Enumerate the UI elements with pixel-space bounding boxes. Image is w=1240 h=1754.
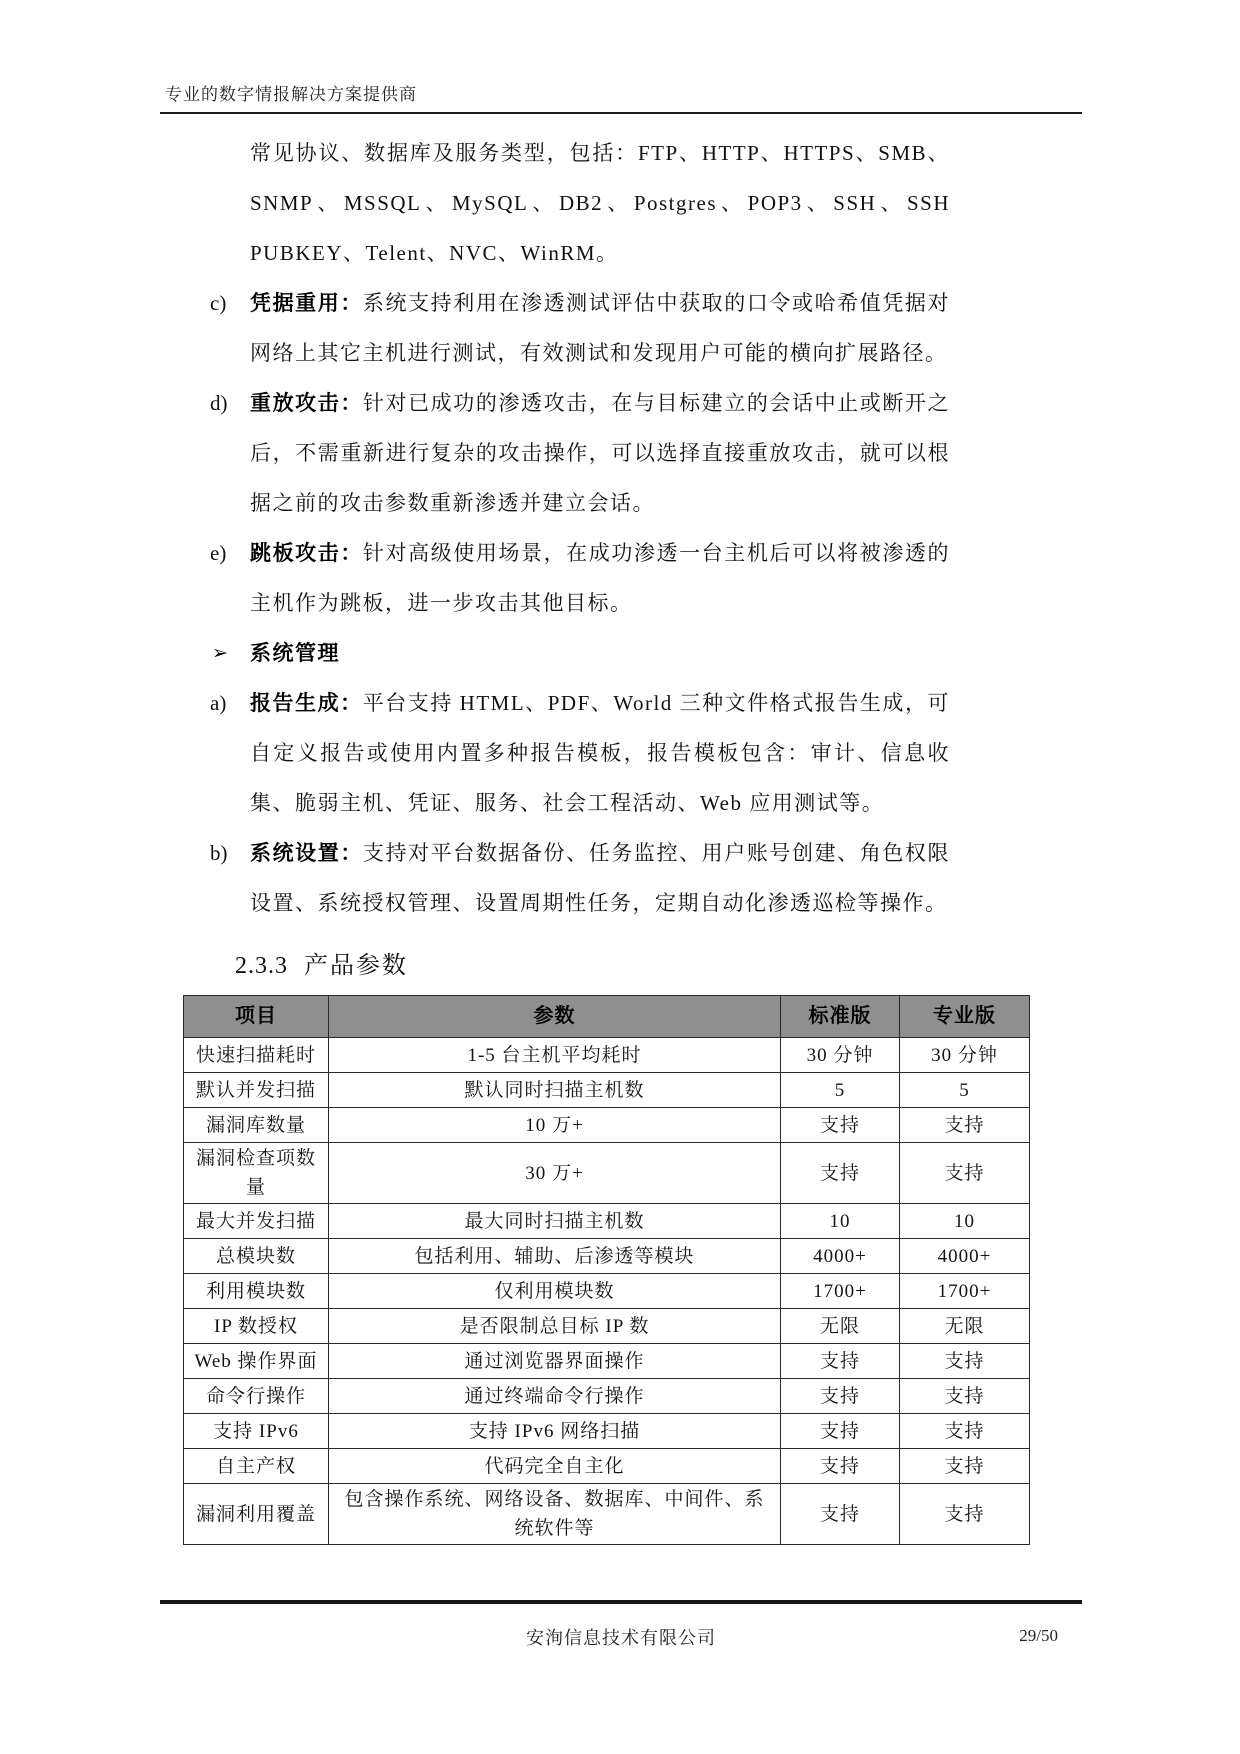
table-cell: 最大并发扫描 — [184, 1204, 329, 1239]
table-cell: 漏洞利用覆盖 — [184, 1484, 329, 1545]
arrow-bullet-icon: ➢ — [212, 629, 229, 679]
table-cell: 默认同时扫描主机数 — [329, 1073, 781, 1108]
table-cell: 快速扫描耗时 — [184, 1038, 329, 1073]
table-row: 漏洞利用覆盖包含操作系统、网络设备、数据库、中间件、系统软件等支持支持 — [184, 1484, 1030, 1545]
table-row: 漏洞检查项数量30 万+支持支持 — [184, 1143, 1030, 1204]
table-cell: 支持 — [781, 1143, 900, 1204]
table-cell: 利用模块数 — [184, 1274, 329, 1309]
column-header-item: 项目 — [184, 996, 329, 1038]
table-cell: 1700+ — [900, 1274, 1030, 1309]
table-cell: 最大同时扫描主机数 — [329, 1204, 781, 1239]
section-title: 产品参数 — [304, 953, 408, 979]
footer-company-name: 安洵信息技术有限公司 — [160, 1624, 1082, 1650]
table-cell: 通过终端命令行操作 — [329, 1379, 781, 1414]
table-cell: 仅利用模块数 — [329, 1274, 781, 1309]
product-parameters-table: 项目 参数 标准版 专业版 快速扫描耗时1-5 台主机平均耗时30 分钟30 分… — [183, 995, 1030, 1545]
table-cell: 支持 — [900, 1449, 1030, 1484]
document-page: 专业的数字情报解决方案提供商 常见协议、数据库及服务类型，包括：FTP、HTTP… — [0, 0, 1240, 1754]
table-cell: 支持 — [781, 1108, 900, 1143]
table-cell: 5 — [781, 1073, 900, 1108]
table-row: 命令行操作通过终端命令行操作支持支持 — [184, 1379, 1030, 1414]
list-item-term: 报告生成： — [250, 691, 363, 715]
continuation-paragraph: 常见协议、数据库及服务类型，包括：FTP、HTTP、HTTPS、SMB、SNMP… — [250, 128, 950, 278]
table-cell: 自主产权 — [184, 1449, 329, 1484]
table-row: 默认并发扫描默认同时扫描主机数55 — [184, 1073, 1030, 1108]
table-cell: 支持 — [900, 1143, 1030, 1204]
table-row: 总模块数包括利用、辅助、后渗透等模块4000+4000+ — [184, 1239, 1030, 1274]
section-number: 2.3.3 — [235, 953, 288, 979]
table-cell: 默认并发扫描 — [184, 1073, 329, 1108]
table-cell: 1700+ — [781, 1274, 900, 1309]
table-row: 快速扫描耗时1-5 台主机平均耗时30 分钟30 分钟 — [184, 1038, 1030, 1073]
table-cell: 支持 — [900, 1484, 1030, 1545]
table-row: 利用模块数仅利用模块数1700+1700+ — [184, 1274, 1030, 1309]
bullet-heading-system-management: ➢系统管理 — [250, 628, 950, 678]
table-cell: 支持 — [900, 1108, 1030, 1143]
list-item-label: d) — [210, 378, 228, 428]
table-cell: 30 分钟 — [781, 1038, 900, 1073]
list-item-term: 凭据重用： — [250, 291, 363, 315]
table-cell: 30 万+ — [329, 1143, 781, 1204]
table-row: 漏洞库数量10 万+支持支持 — [184, 1108, 1030, 1143]
list-item-c: c)凭据重用：系统支持利用在渗透测试评估中获取的口令或哈希值凭据对网络上其它主机… — [250, 278, 950, 378]
table-cell: 支持 — [900, 1414, 1030, 1449]
table-cell: 命令行操作 — [184, 1379, 329, 1414]
table-cell: 支持 IPv6 网络扫描 — [329, 1414, 781, 1449]
body-text: 常见协议、数据库及服务类型，包括：FTP、HTTP、HTTPS、SMB、SNMP… — [250, 128, 950, 928]
table-cell: 支持 — [781, 1344, 900, 1379]
footer-page-number: 29/50 — [1019, 1626, 1058, 1646]
table-row: 最大并发扫描最大同时扫描主机数1010 — [184, 1204, 1030, 1239]
table-cell: Web 操作界面 — [184, 1344, 329, 1379]
table-cell: 支持 — [781, 1414, 900, 1449]
table-cell: 4000+ — [900, 1239, 1030, 1274]
list-item-e: e)跳板攻击：针对高级使用场景，在成功渗透一台主机后可以将被渗透的主机作为跳板，… — [250, 528, 950, 628]
footer-rule — [160, 1600, 1082, 1604]
table-cell: 支持 IPv6 — [184, 1414, 329, 1449]
table-cell: 支持 — [900, 1379, 1030, 1414]
table-row: 支持 IPv6支持 IPv6 网络扫描支持支持 — [184, 1414, 1030, 1449]
list-item-b: b)系统设置：支持对平台数据备份、任务监控、用户账号创建、角色权限设置、系统授权… — [250, 828, 950, 928]
bullet-heading-label: 系统管理 — [250, 641, 340, 665]
list-item-a: a)报告生成：平台支持 HTML、PDF、World 三种文件格式报告生成，可自… — [250, 678, 950, 828]
table-cell: 包括利用、辅助、后渗透等模块 — [329, 1239, 781, 1274]
table-body: 快速扫描耗时1-5 台主机平均耗时30 分钟30 分钟默认并发扫描默认同时扫描主… — [184, 1038, 1030, 1545]
list-item-term: 系统设置： — [250, 841, 363, 865]
table-cell: 通过浏览器界面操作 — [329, 1344, 781, 1379]
list-item-label: c) — [210, 278, 226, 328]
header-slogan: 专业的数字情报解决方案提供商 — [165, 80, 417, 105]
list-item-label: b) — [210, 828, 228, 878]
table-cell: 无限 — [900, 1309, 1030, 1344]
column-header-parameter: 参数 — [329, 996, 781, 1038]
table-cell: 是否限制总目标 IP 数 — [329, 1309, 781, 1344]
table-cell: 10 — [900, 1204, 1030, 1239]
table-cell: 30 分钟 — [900, 1038, 1030, 1073]
table-cell: 代码完全自主化 — [329, 1449, 781, 1484]
section-heading: 2.3.3产品参数 — [235, 945, 408, 980]
list-item-label: e) — [210, 528, 226, 578]
table-cell: 支持 — [781, 1484, 900, 1545]
table-cell: 漏洞检查项数量 — [184, 1143, 329, 1204]
table-cell: 1-5 台主机平均耗时 — [329, 1038, 781, 1073]
table-cell: 总模块数 — [184, 1239, 329, 1274]
list-item-term: 跳板攻击： — [250, 541, 363, 565]
table-cell: 10 — [781, 1204, 900, 1239]
column-header-standard-edition: 标准版 — [781, 996, 900, 1038]
table-cell: 包含操作系统、网络设备、数据库、中间件、系统软件等 — [329, 1484, 781, 1545]
table-cell: 10 万+ — [329, 1108, 781, 1143]
header-rule — [160, 112, 1082, 114]
table-header-row: 项目 参数 标准版 专业版 — [184, 996, 1030, 1038]
table-row: IP 数授权是否限制总目标 IP 数无限无限 — [184, 1309, 1030, 1344]
table-cell: 支持 — [781, 1379, 900, 1414]
table-cell: 漏洞库数量 — [184, 1108, 329, 1143]
table-cell: 5 — [900, 1073, 1030, 1108]
table-row: 自主产权代码完全自主化支持支持 — [184, 1449, 1030, 1484]
list-item-d: d)重放攻击：针对已成功的渗透攻击，在与目标建立的会话中止或断开之后，不需重新进… — [250, 378, 950, 528]
table-cell: 无限 — [781, 1309, 900, 1344]
list-item-term: 重放攻击： — [250, 391, 363, 415]
column-header-professional-edition: 专业版 — [900, 996, 1030, 1038]
table-cell: 支持 — [781, 1449, 900, 1484]
table-cell: 支持 — [900, 1344, 1030, 1379]
list-item-label: a) — [210, 678, 226, 728]
table-row: Web 操作界面通过浏览器界面操作支持支持 — [184, 1344, 1030, 1379]
table-cell: 4000+ — [781, 1239, 900, 1274]
table-cell: IP 数授权 — [184, 1309, 329, 1344]
